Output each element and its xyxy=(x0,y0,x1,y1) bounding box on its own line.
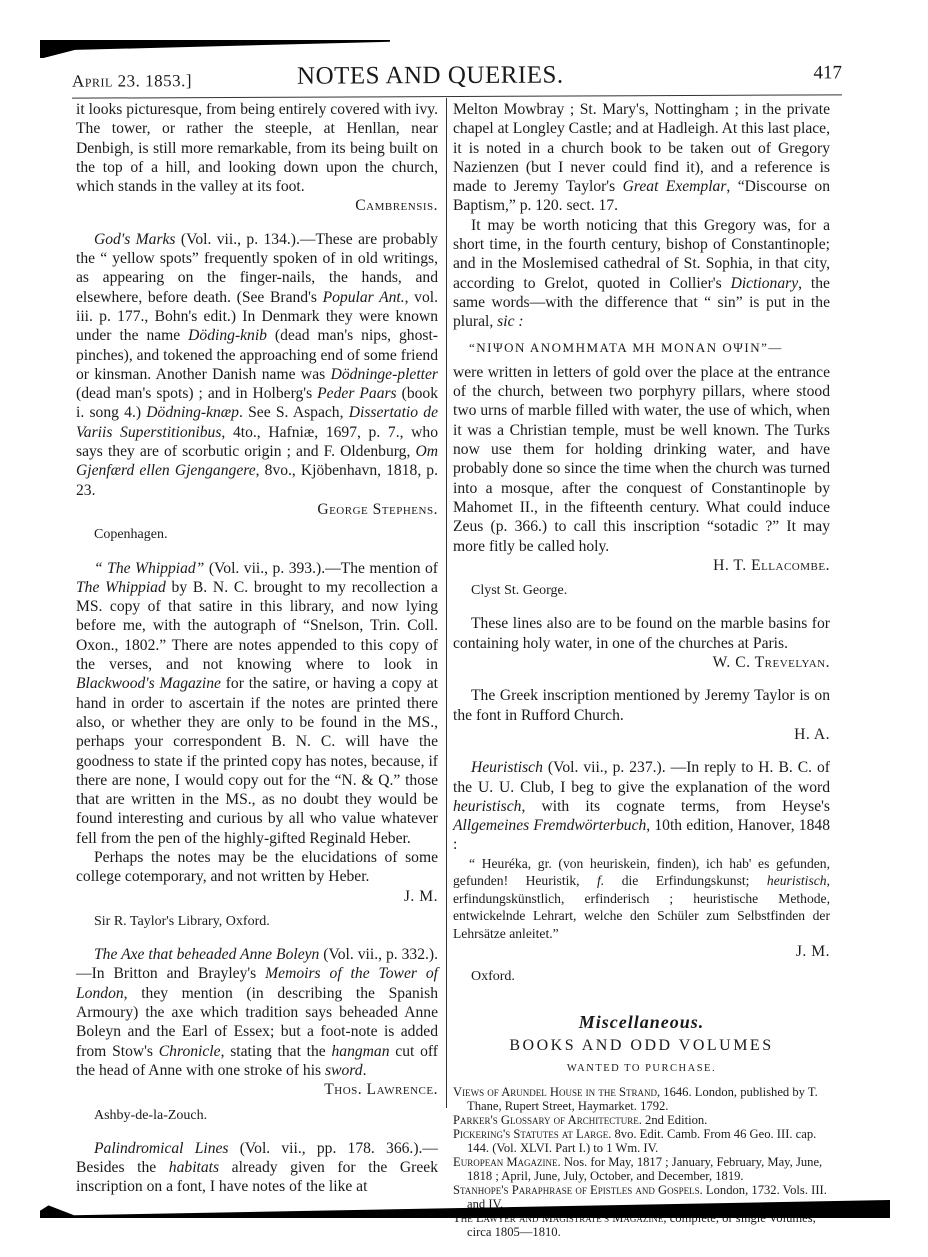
palindromical-continuation: Melton Mowbray ; St. Mary's, Nottingham … xyxy=(453,100,830,216)
article-title: “ The Whippiad” xyxy=(94,560,204,577)
article-title: Palindromical Lines xyxy=(94,1140,229,1157)
palindromical-p3: were written in letters of gold over the… xyxy=(453,363,830,556)
place-ashby: Ashby-de-la-Zouch. xyxy=(76,1106,438,1125)
signature-jm: J. M. xyxy=(76,887,438,906)
right-column: Melton Mowbray ; St. Mary's, Nottingham … xyxy=(453,100,830,1239)
column-divider xyxy=(446,98,447,1108)
ad-item: Parker's Glossary of Architecture. 2nd E… xyxy=(453,1113,830,1127)
signature-ha: H. A. xyxy=(453,725,830,744)
place-copenhagen: Copenhagen. xyxy=(76,525,438,544)
reply-ha: The Greek inscription mentioned by Jerem… xyxy=(453,686,830,725)
miscellaneous-heading: Miscellaneous. xyxy=(453,1013,830,1032)
page-number: 417 xyxy=(813,62,842,84)
ad-item: Pickering's Statutes at Large. 8vo. Edit… xyxy=(453,1127,830,1155)
place-oxford: Oxford. xyxy=(453,967,830,986)
article-heuristisch: Heuristisch (Vol. vii., p. 237.). —In re… xyxy=(453,758,830,854)
signature-ellacombe: H. T. Ellacombe. xyxy=(453,556,830,575)
greek-inscription: “ΝΙΨΟΝ ΑΝΟΜΗΜΑΤΑ ΜΗ ΜΟΝΑΝ ΟΨΙΝ”— xyxy=(453,338,830,357)
journal-title: NOTES AND QUERIES. xyxy=(297,62,564,91)
signature-thos-lawrence: Thos. Lawrence. xyxy=(76,1080,438,1099)
page-edge-shadow-top xyxy=(40,40,390,58)
signature-cambrensis: Cambrensis. xyxy=(76,196,438,215)
running-header: April 23. 1853.] NOTES AND QUERIES. 417 xyxy=(72,58,842,95)
article-title: Heuristisch xyxy=(471,759,543,776)
article-continuation: it looks picturesque, from being entirel… xyxy=(76,100,438,196)
article-whippiad-p2: Perhaps the notes may be the elucidation… xyxy=(76,848,438,887)
article-axe: The Axe that beheaded Anne Boleyn (Vol. … xyxy=(76,945,438,1080)
place-clyst: Clyst St. George. xyxy=(453,581,830,600)
article-title: The Axe that beheaded Anne Boleyn xyxy=(94,946,319,963)
palindromical-p2: It may be worth noticing that this Grego… xyxy=(453,216,830,332)
reply-trevelyan: These lines also are to be found on the … xyxy=(453,614,830,653)
signature-trevelyan: W. C. Trevelyan. xyxy=(453,653,830,672)
ad-item: European Magazine. Nos. for May, 1817 ; … xyxy=(453,1155,830,1183)
wanted-subtitle: WANTED TO PURCHASE. xyxy=(453,1059,830,1078)
article-gods-marks: God's Marks (Vol. vii., p. 134.).—These … xyxy=(76,230,438,500)
ad-item: Views of Arundel House in the Strand, 16… xyxy=(453,1085,830,1113)
place-taylor-library: Sir R. Taylor's Library, Oxford. xyxy=(76,912,438,931)
heuristisch-quote: “ Heuréka, gr. (von heuriskein, finden),… xyxy=(453,855,830,943)
left-column: it looks picturesque, from being entirel… xyxy=(76,100,438,1197)
article-whippiad: “ The Whippiad” (Vol. vii., p. 393.).—Th… xyxy=(76,559,438,848)
books-wanted-title: BOOKS AND ODD VOLUMES xyxy=(453,1036,830,1055)
article-palindromical: Palindromical Lines (Vol. vii., pp. 178.… xyxy=(76,1139,438,1197)
signature-george-stephens: George Stephens. xyxy=(76,500,438,519)
issue-date: April 23. 1853.] xyxy=(72,71,192,92)
signature-jm-2: J. M. xyxy=(453,942,830,961)
article-title: God's Marks xyxy=(94,231,176,248)
